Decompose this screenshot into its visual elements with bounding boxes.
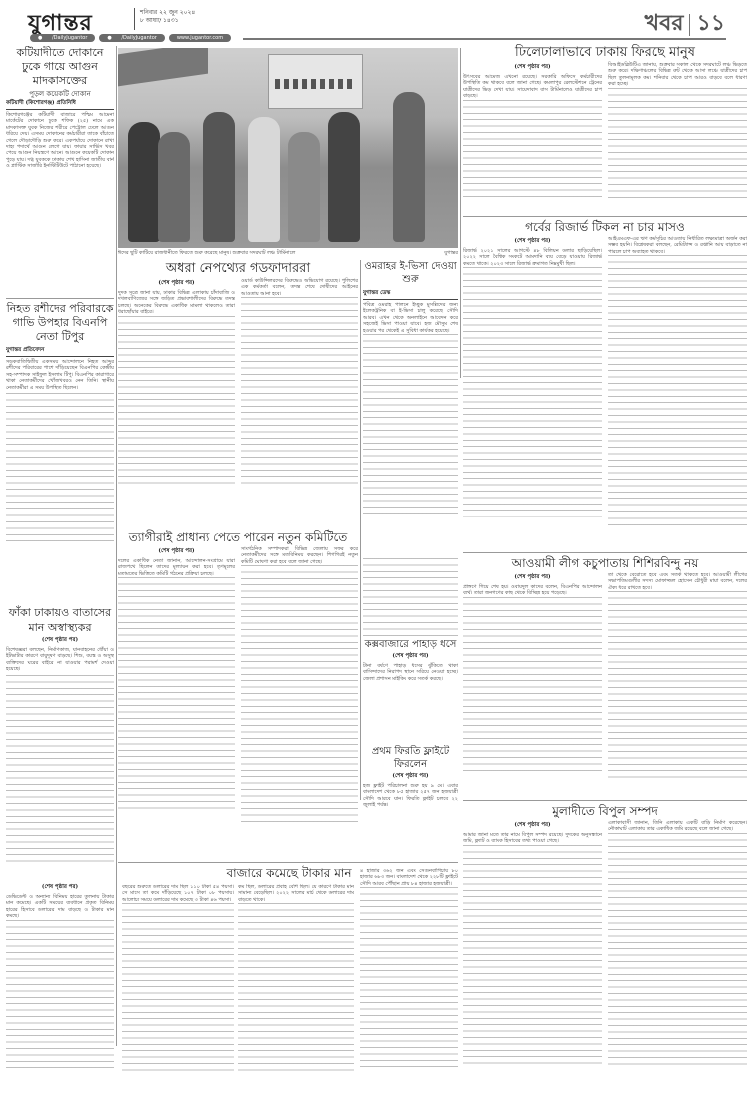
- terminal-canopy: [118, 48, 208, 86]
- article-body-continued: [241, 297, 358, 487]
- article-body: বছরের শুরুতে ডলারের দাম ছিল ১১০ টাকা ৫৪ …: [122, 884, 234, 903]
- article-body-left: আমার জানা মতে তার নামে বিপুল সম্পদ রয়েছ…: [463, 832, 602, 845]
- headline: ফাঁকা ঢাকায়ও বাতাসের মান অস্বাস্থ্যকর: [6, 605, 114, 635]
- byline: যুগান্তর ডেস্ক: [363, 290, 458, 300]
- person-figure: [128, 122, 160, 242]
- article-tipu: নিহত রশীদের পরিবারকে গাভি উপহার বিএনপি ন…: [6, 302, 114, 602]
- article-awami-league: আওয়ামী লীগ কচুপাতায় শিশিরবিন্দু নয় (শ…: [463, 554, 747, 804]
- article-body: ডেভিডেন্ট ও অন্যান্য বিনিময় হারের তুলনা…: [6, 894, 114, 920]
- headline: কক্সবাজারে পাহাড় ধসে: [363, 638, 458, 651]
- article-body: কম ছিল, ডলারের প্রবাহ বেশি ছিল। যে কারণে…: [238, 884, 354, 903]
- continued-label: (শেষ পৃষ্ঠার পর): [463, 238, 602, 246]
- person-figure: [288, 132, 320, 242]
- continued-label: (শেষ পৃষ্ঠার পর): [463, 822, 602, 830]
- article-body-right: বিআইডব্লিউটিএ জানায়, শুক্রবার সকাল থেকে…: [608, 62, 747, 88]
- article-body: পবিত্র ওমরাহ পালনে ইচ্ছুক মুসল্লিদের জন্…: [363, 302, 458, 334]
- column-rule: [460, 48, 461, 378]
- article-taka-col2: বছরের শুরুতে ডলারের দাম ছিল ১১০ টাকা ৫৪ …: [122, 884, 234, 1092]
- article-hajj-return: প্রথম ফিরতি ফ্লাইটে ফিরলেন (শেষ পৃষ্ঠার …: [363, 745, 458, 865]
- headline: মুলাদীতে বিপুল সম্পদ: [463, 802, 747, 820]
- divider: [6, 298, 114, 299]
- article-body: ৪ হাজার ৩৬২ জন এবং সেগুনবাগিচায় ৮০ হাজা…: [360, 868, 458, 887]
- issue-date: শনিবার ২২ জুন ২০২৪ ৮ আষাঢ় ১৪৩১: [140, 9, 195, 25]
- continued-label: (শেষ পৃষ্ঠার পর): [363, 773, 458, 781]
- launch-ship: [268, 54, 363, 109]
- divider: [463, 552, 747, 553]
- article-committee: ত্যাগীরাই প্রাধান্য পেতে পারেন নতুন কমিট…: [118, 528, 358, 858]
- masthead-divider: [134, 8, 135, 30]
- twitter-link[interactable]: ● /DailyJugantor: [30, 34, 95, 42]
- article-taka-col3: কম ছিল, ডলারের প্রবাহ বেশি ছিল। যে কারণে…: [238, 884, 354, 1092]
- article-body-continued: [122, 903, 234, 1073]
- continued-label: (শেষ পৃষ্ঠার পর): [363, 653, 458, 661]
- article-katiadi: কটিয়াদীতে দোকানে ঢুকে গায়ে আগুন মাদকাস…: [6, 46, 114, 296]
- article-body-left: রিজার্ভ ২০২১ সালের আগস্টে ৪৮ বিলিয়ন ডলা…: [463, 248, 602, 267]
- article-taka-col1: (শেষ পৃষ্ঠার পর) ডেভিডেন্ট ও অন্যান্য বি…: [6, 882, 114, 1092]
- newspaper-page: যুগান্তর শনিবার ২২ জুন ২০২৪ ৮ আষাঢ় ১৪৩১…: [0, 0, 753, 1094]
- date-gregorian: শনিবার ২২ জুন ২০২৪: [140, 9, 195, 17]
- article-body-continued: [241, 565, 358, 825]
- page-number: ১১: [696, 6, 725, 43]
- article-body-continued: [608, 88, 747, 198]
- article-body-continued: [6, 393, 114, 543]
- article-body-left: প্রাঙ্গণে গিয়ে শেষ হয়। ওবায়দুল কাদের …: [463, 584, 602, 597]
- facebook-link[interactable]: ● /DailyJugantor: [99, 34, 164, 42]
- article-body: সড়কবাতিদ্বিতীয় একসময় আন্দোলনে নিহত আব…: [6, 359, 114, 391]
- article-body-continued: [6, 920, 114, 1070]
- continued-label: (শেষ পৃষ্ঠার পর): [118, 548, 235, 556]
- article-body-left: উৎসবের আমেজ এখনো রয়েছে। সরকারি অফিসে কর…: [463, 74, 602, 100]
- divider: [463, 800, 747, 801]
- article-coxs-bazar: কক্সবাজারে পাহাড় ধসে (শেষ পৃষ্ঠার পর) ট…: [363, 558, 458, 733]
- lead-photo: [118, 48, 458, 248]
- continued-label: (শেষ পৃষ্ঠার পর): [6, 637, 114, 645]
- date-bengali: ৮ আষাঢ় ১৪৩১: [140, 17, 195, 25]
- headline: ওমরাহর ই-ভিসা দেওয়া শুরু: [363, 260, 458, 286]
- article-body-continued: [6, 675, 114, 865]
- article-body-continued: [118, 316, 235, 486]
- article-godfathers: অধরা নেপথ্যের গডফাদাররা (শেষ পৃষ্ঠার পর)…: [118, 260, 358, 525]
- photo-caption: ঈদের ছুটি কাটিয়ে রাজধানীতে ফিরতে শুরু ক…: [118, 250, 458, 258]
- headline: ঢিলেঢালাভাবে ঢাকায় ফিরছে মানুষ: [463, 44, 747, 62]
- photo-credit: যুগান্তর: [444, 250, 458, 258]
- subheadline: পুড়ল কয়েকটি দোকান: [6, 88, 114, 100]
- article-body-continued: [118, 577, 235, 812]
- article-body-preceding: [363, 558, 458, 638]
- article-body-continued: [608, 591, 747, 781]
- article-body: কিশোরগঞ্জের কটিয়াদী বাজারে পশ্চিম আমেনা…: [6, 112, 114, 170]
- article-body-continued: [463, 100, 602, 200]
- continued-label: (শেষ পৃষ্ঠার পর): [463, 574, 602, 582]
- article-muladi: মুলাদীতে বিপুল সম্পদ (শেষ পৃষ্ঠার পর) আম…: [463, 802, 747, 1092]
- continued-label: (শেষ পৃষ্ঠার পর): [118, 280, 235, 288]
- facebook-icon: ●: [103, 34, 117, 42]
- person-figure: [393, 92, 425, 242]
- headline: ত্যাগীরাই প্রাধান্য পেতে পারেন নতুন কমিট…: [118, 528, 358, 546]
- caption-text: ঈদের ছুটি কাটিয়ে রাজধানীতে ফিরতে শুরু ক…: [118, 250, 295, 258]
- divider: [118, 862, 458, 863]
- column-rule: [116, 46, 117, 1046]
- article-body-right: আইএমএফ-এর ঋণ কর্মসূচির আওতায় নির্ধারিত …: [608, 236, 747, 255]
- headline: অধরা নেপথ্যের গডফাদাররা: [118, 260, 358, 278]
- article-body-continued: [463, 845, 602, 1065]
- continued-label: (শেষ পৃষ্ঠার পর): [6, 884, 114, 892]
- article-body: হজ ফ্লাইট পরিচালনা শুরু হয় ৯ মে। এবার ব…: [363, 783, 458, 809]
- person-figure: [328, 112, 360, 242]
- article-dhaka-return: ঢিলেঢালাভাবে ঢাকায় ফিরছে মানুষ (শেষ পৃষ…: [463, 44, 747, 214]
- section-divider: [689, 14, 690, 36]
- person-figure: [248, 117, 280, 242]
- social-links: ● /DailyJugantor ● /DailyJugantor www.ju…: [30, 34, 231, 42]
- article-body-left: দুদক সূত্রে জানা যায়, ঢাকার বিভিন্ন এলা…: [118, 290, 235, 316]
- article-body-right: ওয়ার্ড কাউন্সিলরদের বিরুদ্ধেও অভিযোগ রয…: [241, 278, 358, 297]
- byline: কটিয়াদী (কিশোরগঞ্জ) প্রতিনিধি: [6, 100, 114, 110]
- twitter-icon: ●: [34, 34, 48, 42]
- divider: [463, 216, 747, 217]
- section-name: খবর: [645, 6, 684, 43]
- article-reserve: গর্বের রিজার্ভ টিকল না চার মাসও (শেষ পৃষ…: [463, 218, 747, 548]
- headline: নিহত রশীদের পরিবারকে গাভি উপহার বিএনপি ন…: [6, 302, 114, 344]
- article-hajj-continued: ৪ হাজার ৩৬২ জন এবং সেগুনবাগিচায় ৮০ হাজা…: [360, 868, 458, 1092]
- article-body-continued: [238, 903, 354, 1073]
- article-body-right: তা থেকে বেরোতে হবে এবং সতর্ক থাকতে হবে। …: [608, 572, 747, 591]
- headline: গর্বের রিজার্ভ টিকল না চার মাসও: [463, 218, 747, 236]
- article-body-right: এলাকাবাসী জানান, তিনি এলাকায় একটি বাড়ি…: [608, 820, 747, 833]
- headline: আওয়ামী লীগ কচুপাতায় শিশিরবিন্দু নয়: [463, 554, 747, 572]
- article-body-continued: [463, 597, 602, 772]
- column-rule: [360, 260, 361, 800]
- article-body-right: সাংগঠনিক সম্পাদকরা বিভিন্ন জেলায় সফর কর…: [241, 546, 358, 565]
- article-body-continued: [463, 267, 602, 517]
- person-figure: [158, 132, 190, 242]
- byline: যুগান্তর প্রতিবেদন: [6, 347, 114, 357]
- person-figure: [203, 112, 235, 242]
- article-body-continued: [360, 887, 458, 1067]
- article-body: বিশেষজ্ঞরা বলছেন, নির্মাণকাজ, যানবাহনের …: [6, 647, 114, 673]
- headline: কটিয়াদীতে দোকানে ঢুকে গায়ে আগুন মাদকাস…: [6, 46, 114, 88]
- article-body-continued: [608, 255, 747, 525]
- article-umrah: ওমরাহর ই-ভিসা দেওয়া শুরু যুগান্তর ডেস্ক…: [363, 260, 458, 555]
- article-body: টানা বর্ষণে পাহাড় ধসের ঝুঁকিতে থাকা বাস…: [363, 663, 458, 682]
- article-body-continued: [608, 833, 747, 1068]
- masthead: যুগান্তর শনিবার ২২ জুন ২০২৪ ৮ আষাঢ় ১৪৩১…: [28, 4, 728, 44]
- continued-label: (শেষ পৃষ্ঠার পর): [463, 64, 602, 72]
- website-link[interactable]: www.jugantor.com: [169, 34, 231, 42]
- headline: প্রথম ফিরতি ফ্লাইটে ফিরলেন: [363, 745, 458, 771]
- article-body-continued: [363, 334, 458, 514]
- section-header: খবর ১১: [645, 6, 725, 43]
- article-body-left: দলের একাধিক নেতা জানান, আন্দোলন-সংগ্রামে…: [118, 558, 235, 577]
